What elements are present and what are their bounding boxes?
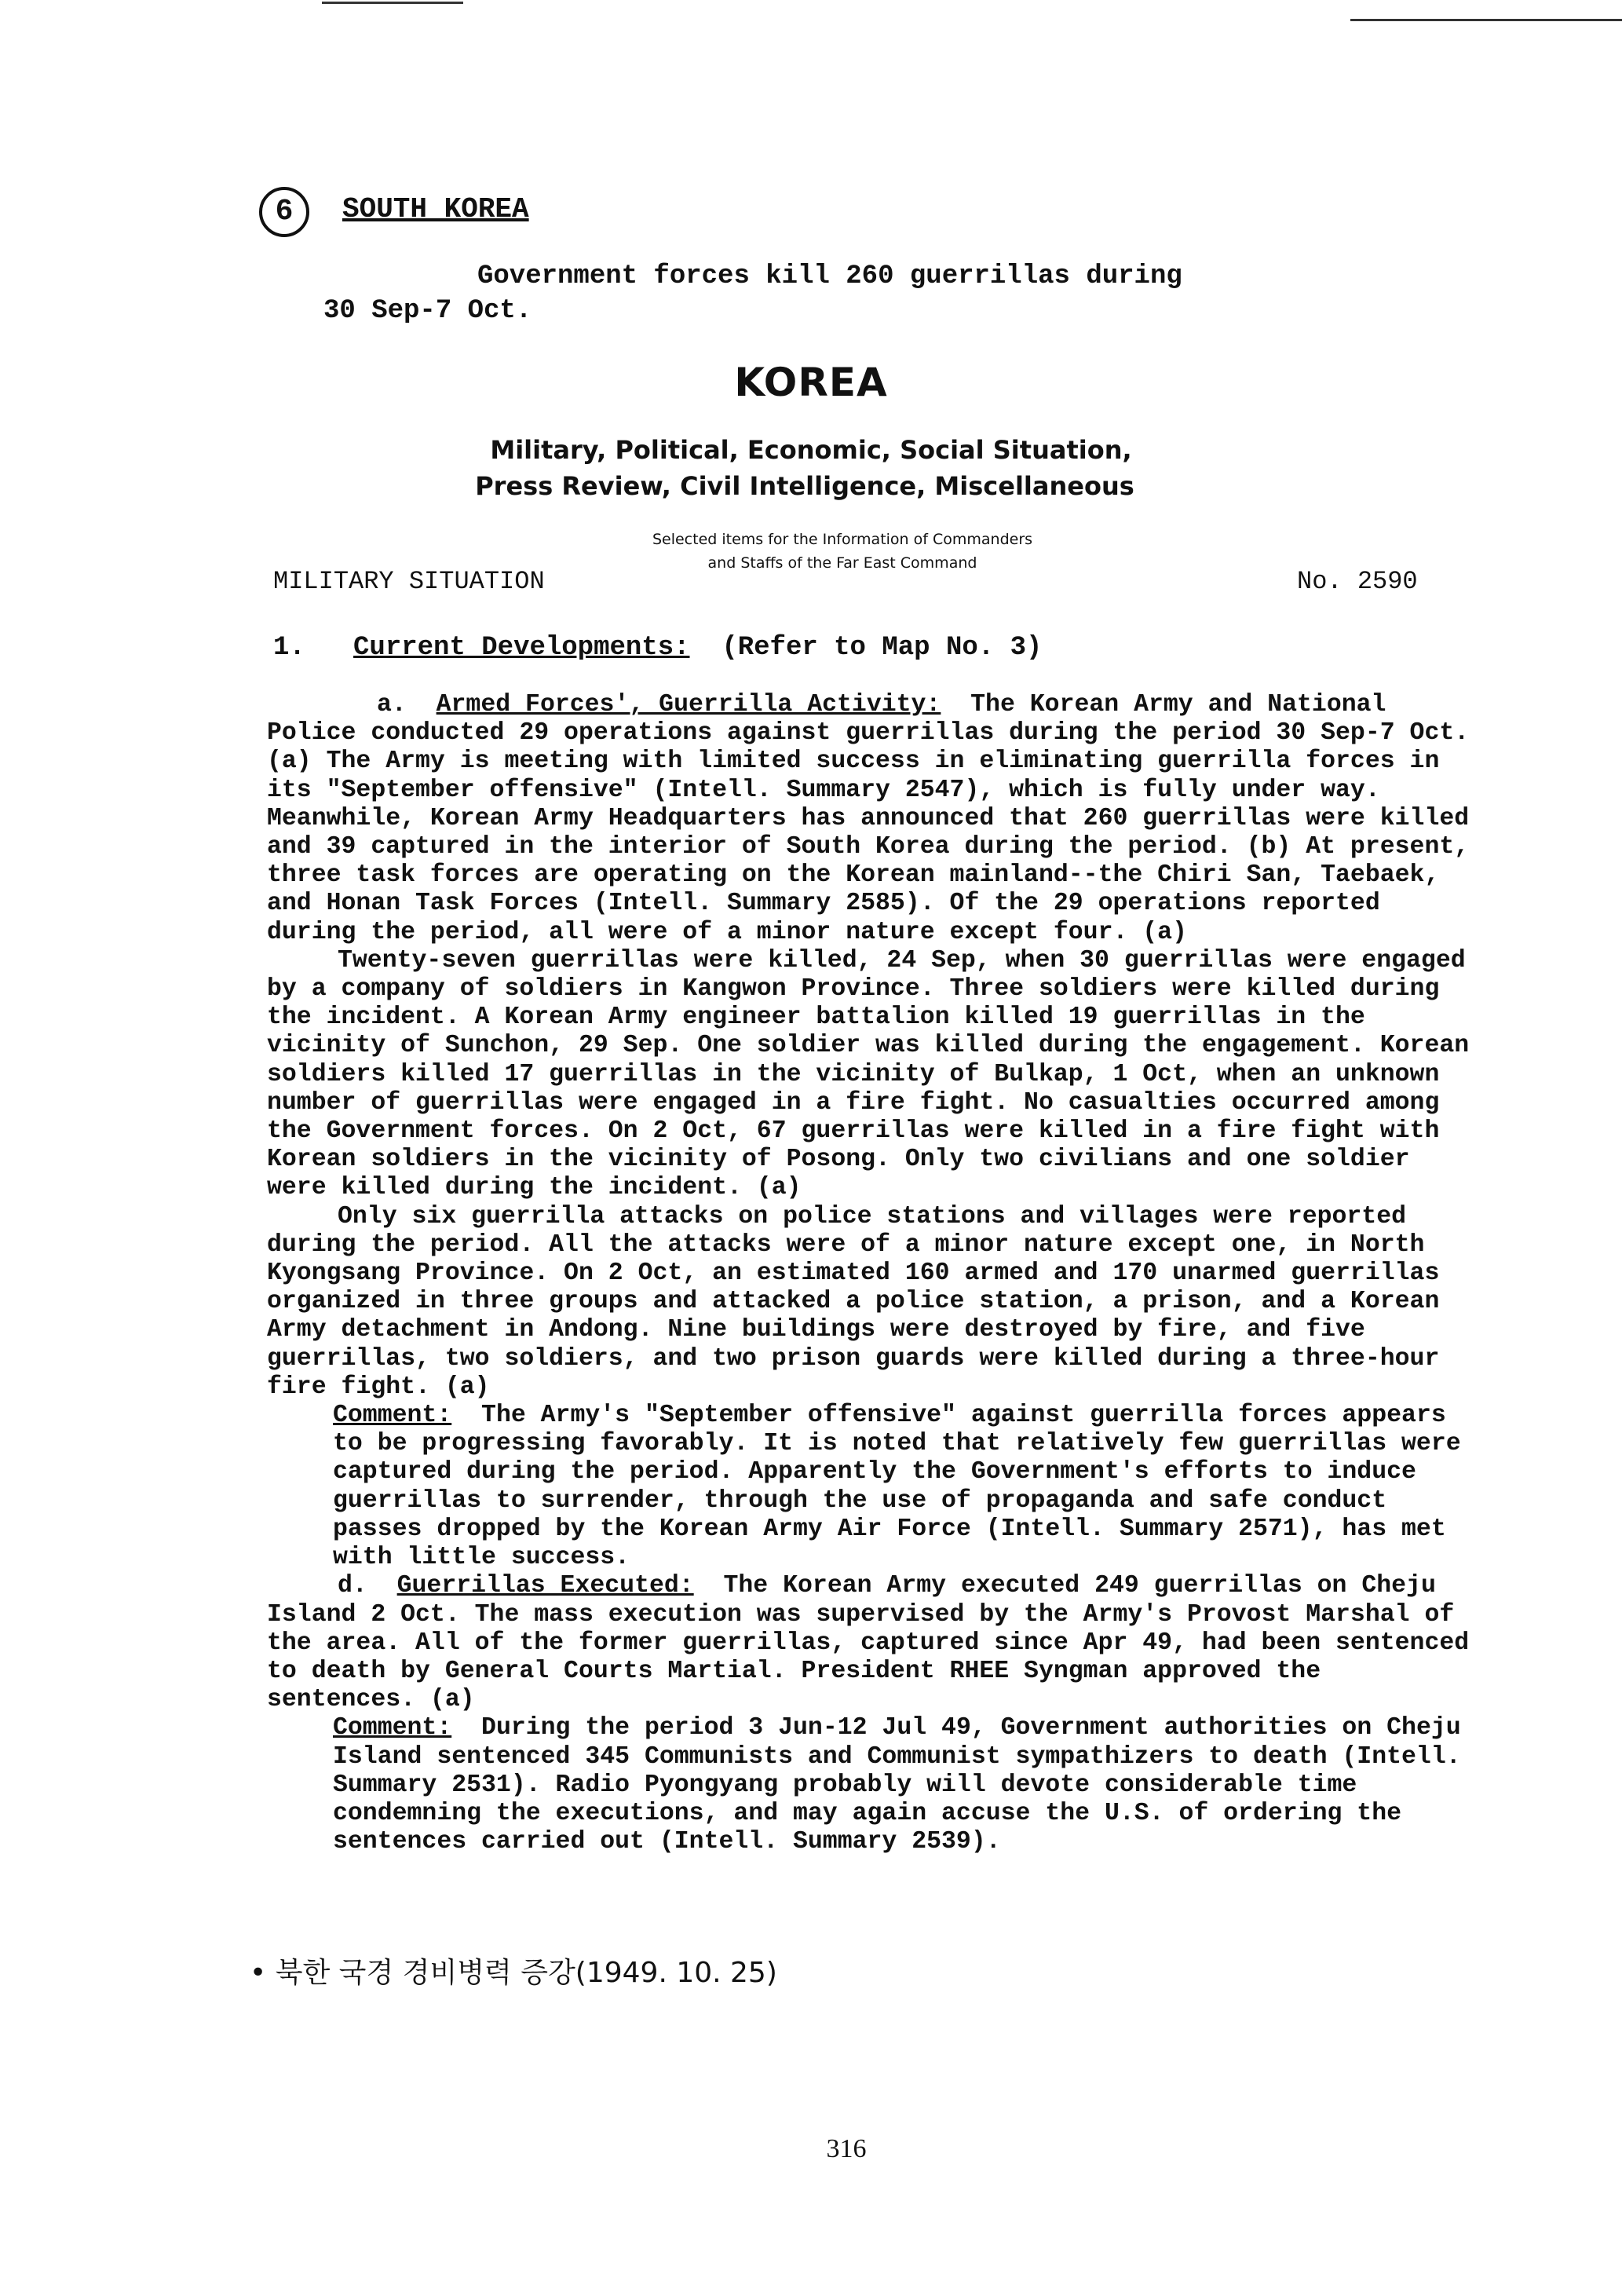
comment-text: The Army's "September offensive" against… [333,1402,1461,1571]
paragraph-text: The Korean Army and National Police cond… [267,691,1469,946]
scan-artifact-line [1350,19,1622,21]
subtitle-line-1: Military, Political, Economic, Social Si… [0,432,1622,468]
paragraph-label: d. [338,1572,367,1600]
section-label: MILITARY SITUATION [273,567,545,596]
heading-label: Current Developments: [353,633,689,663]
comment-label: Comment: [333,1714,451,1742]
current-developments-heading: 1. Current Developments: (Refer to Map N… [273,633,1042,663]
item-number: 6 [276,195,294,229]
comment-text: During the period 3 Jun-12 Jul 49, Gover… [333,1714,1461,1855]
paragraph-attacks: Only six guerrilla attacks on police sta… [267,1203,1480,1402]
item-number-circle: 6 [259,187,309,237]
bullet-icon: • [250,1957,266,1989]
section-title: SOUTH KOREA [342,193,529,225]
comment-1: Comment: The Army's "September offensive… [267,1402,1480,1572]
paragraph-engagements: Twenty-seven guerrillas were killed, 24 … [267,947,1480,1203]
paragraph-heading: Guerrillas Executed: [397,1572,694,1600]
distribution-line-1: Selected items for the Information of Co… [63,528,1622,551]
subtitle-line-2: Press Review, Civil Intelligence, Miscel… [0,468,1616,504]
korean-caption: • 북한 국경 경비병력 증강(1949. 10. 25) [250,1951,777,1991]
page-number: 316 [0,2134,1622,2164]
issue-number: No. 2590 [1297,567,1418,596]
headline-summary: Government forces kill 260 guerrillas du… [323,259,1344,328]
paragraph-label: a. [377,691,407,718]
comment-2: Comment: During the period 3 Jun-12 Jul … [267,1714,1480,1856]
paragraph-a: a. Armed Forces', Guerrilla Activity: Th… [267,691,1480,947]
masthead-title: KOREA [0,360,1622,405]
paragraph-heading: Armed Forces', Guerrilla Activity: [437,691,941,718]
summary-line-1: Government forces kill 260 guerrillas du… [323,259,1344,294]
comment-label: Comment: [333,1402,451,1429]
map-reference: (Refer to Map No. 3) [721,633,1042,663]
heading-number: 1. [273,633,305,663]
caption-text: 북한 국경 경비병력 증강(1949. 10. 25) [276,1957,777,1989]
scan-artifact-line [322,2,463,4]
paragraph-d: d. Guerrillas Executed: The Korean Army … [267,1572,1480,1714]
masthead-subtitle: Military, Political, Economic, Social Si… [0,432,1622,504]
summary-line-2: 30 Sep-7 Oct. [323,296,532,326]
document-body: a. Armed Forces', Guerrilla Activity: Th… [267,691,1480,1856]
